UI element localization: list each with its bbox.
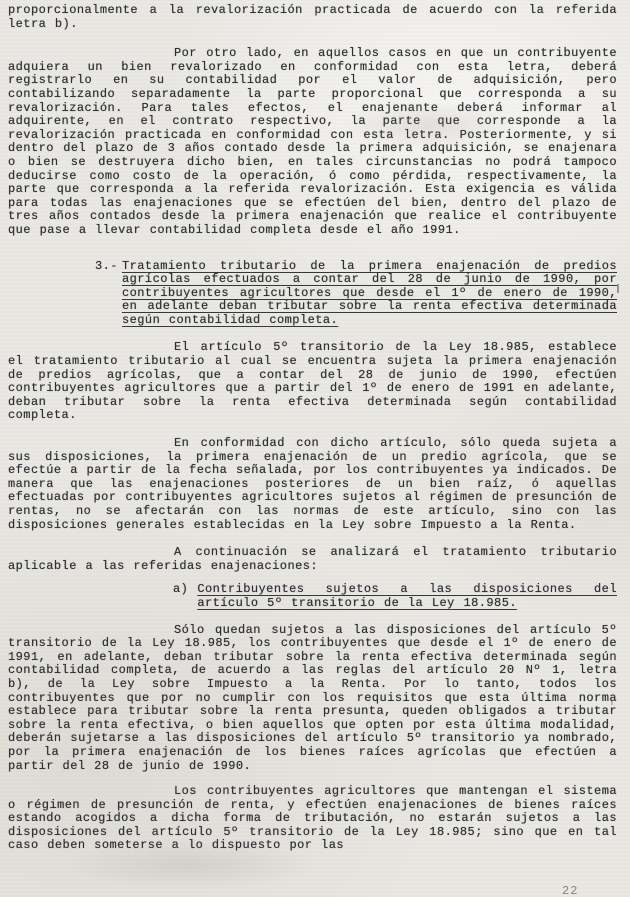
scan-smudge <box>340 100 520 150</box>
subsection-a-heading: a) Contribuyentes sujetos a las disposic… <box>173 583 617 610</box>
paragraph: En conformidad con dicho artículo, sólo … <box>8 437 617 532</box>
paragraph: El artículo 5º transitorio de la Ley 18.… <box>8 341 617 423</box>
paragraph: Por otro lado, en aquellos casos en que … <box>8 47 617 237</box>
paragraph-continuation: proporcionalmente a la revalorización pr… <box>8 4 617 31</box>
scan-smudge <box>60 840 320 890</box>
subsection-heading-text: Contribuyentes sujetos a las disposicion… <box>197 583 617 610</box>
document-page: proporcionalmente a la revalorización pr… <box>0 0 630 897</box>
section-number: 3.- <box>95 260 118 328</box>
paragraph: A continuación se analizará el tratamien… <box>8 546 617 573</box>
section-heading-text: Tratamiento tributario de la primera ena… <box>122 260 617 328</box>
paragraph: Los contribuyentes agricultores que mant… <box>8 785 617 853</box>
scan-speck <box>611 700 613 705</box>
subsection-marker: a) <box>173 583 188 610</box>
section-3-heading: 3.- Tratamiento tributario de la primera… <box>95 260 617 328</box>
page-number: 22 <box>562 884 578 897</box>
paragraph: Sólo quedan sujetos a las disposiciones … <box>8 624 617 774</box>
scan-speck <box>617 284 619 293</box>
